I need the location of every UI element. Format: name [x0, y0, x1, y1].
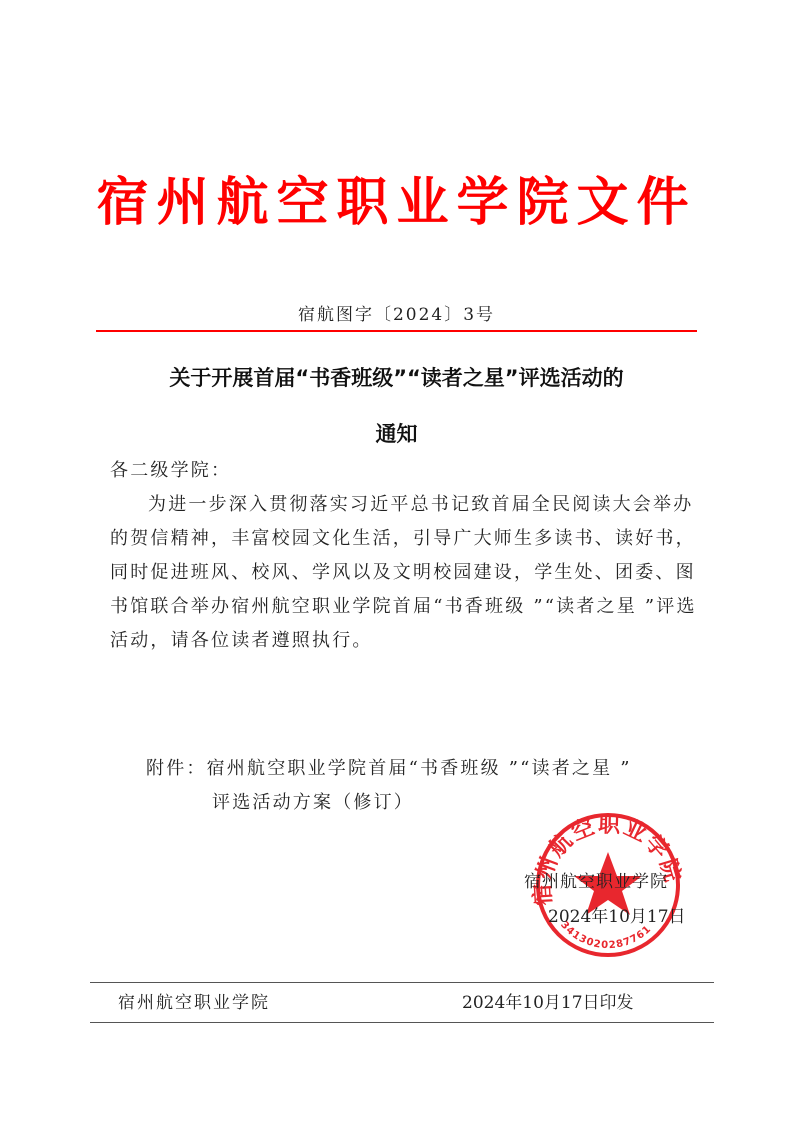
salutation: 各二级学院：	[110, 454, 231, 488]
document-title-line2: 通知	[0, 418, 793, 448]
footer-organization: 宿州航空职业学院	[118, 988, 270, 1013]
attachment-line2: 评选活动方案（修订）	[212, 786, 414, 820]
signature-organization: 宿州航空职业学院	[524, 867, 668, 892]
footer-issue-date: 2024年10月17日印发	[462, 988, 634, 1013]
attachment-line1: 附件：宿州航空职业学院首届“书香班级 ”“读者之星 ”	[146, 752, 726, 786]
document-title-line1: 关于开展首届“书香班级”“读者之星”评选活动的	[0, 362, 793, 392]
red-divider	[96, 330, 697, 332]
signature-date: 2024年10月17日	[548, 902, 686, 927]
document-masthead: 宿州航空职业学院文件	[0, 168, 793, 238]
footer-top-rule	[90, 982, 714, 983]
footer-bottom-rule	[90, 1022, 714, 1023]
body-paragraph: 为进一步深入贯彻落实习近平总书记致首届全民阅读大会举办的贺信精神，丰富校园文化生…	[110, 488, 710, 658]
document-number: 宿航图字〔2024〕3号	[0, 300, 793, 325]
